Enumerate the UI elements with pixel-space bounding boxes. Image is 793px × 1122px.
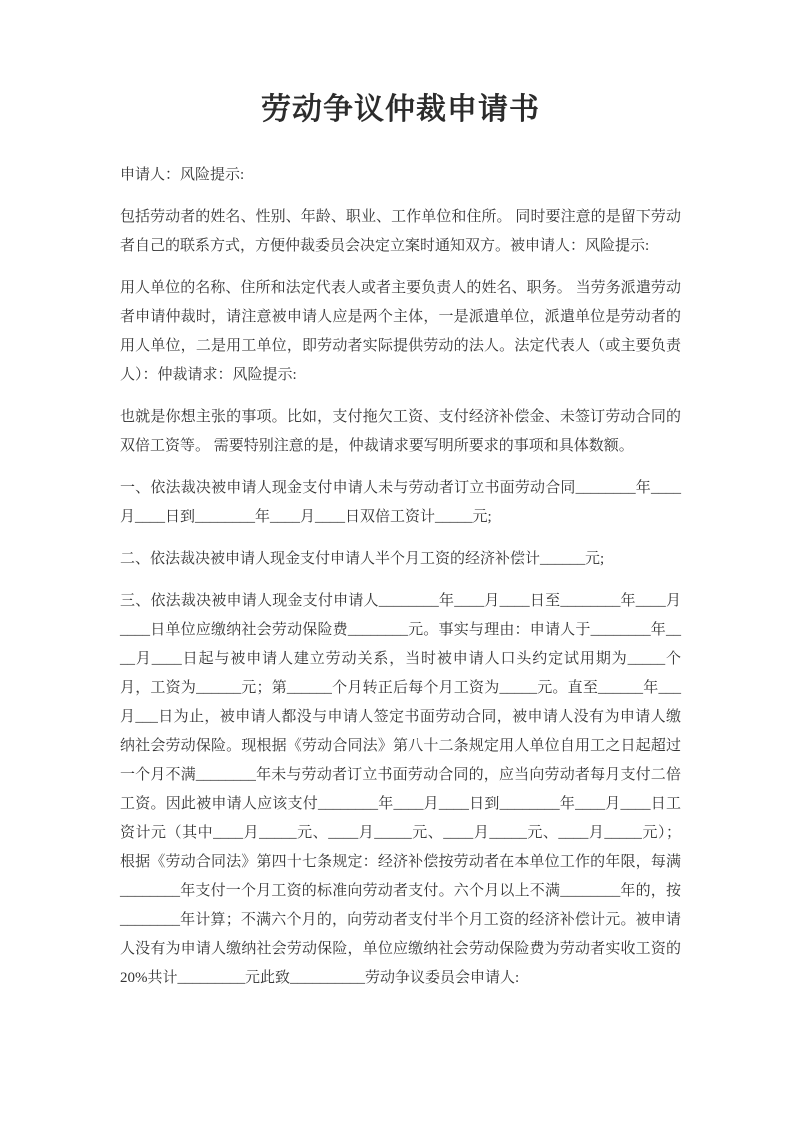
- paragraph-claim-three-facts-reasons: 三、依法裁决被申请人现金支付申请人________年____月____日至___…: [120, 587, 681, 993]
- document-title: 劳动争议仲裁申请书: [120, 88, 681, 132]
- paragraph-claim-two: 二、依法裁决被申请人现金支付申请人半个月工资的经济补偿计______元;: [120, 545, 681, 574]
- document-page: 劳动争议仲裁申请书 申请人：风险提示: 包括劳动者的姓名、性别、年龄、职业、工作…: [0, 0, 793, 1122]
- paragraph-claim-one: 一、依法裁决被申请人现金支付申请人未与劳动者订立书面劳动合同________年_…: [120, 474, 681, 532]
- paragraph-arbitration-claims-hint: 也就是你想主张的事项。比如，支付拖欠工资、支付经济补偿金、未签订劳动合同的双倍工…: [120, 403, 681, 461]
- paragraph-applicant-risk-hint: 包括劳动者的姓名、性别、年龄、职业、工作单位和住所。 同时要注意的是留下劳动者自…: [120, 203, 681, 261]
- paragraph-respondent-risk-hint: 用人单位的名称、住所和法定代表人或者主要负责人的姓名、职务。 当劳务派遣劳动者申…: [120, 274, 681, 390]
- paragraph-applicant: 申请人：风险提示:: [120, 161, 681, 190]
